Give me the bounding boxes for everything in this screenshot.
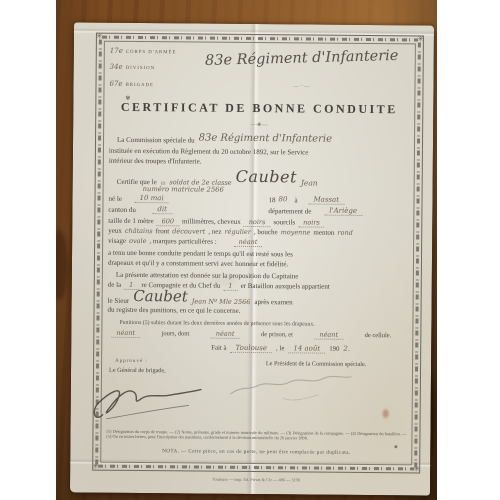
president-signature xyxy=(223,368,373,413)
printer-imprint-text: Toulouse — Imp. Éd. Privat & Cie — 486 —… xyxy=(212,477,300,483)
born-date-handwritten: 10 mai xyxy=(134,194,168,203)
city-handwritten: Toulouse xyxy=(230,344,272,353)
divider-ornament: —·❋·— xyxy=(250,122,268,128)
punitions-days-handwritten: néant xyxy=(111,329,140,338)
nose-handwritten: régulier xyxy=(224,228,250,236)
department-label: département de xyxy=(268,207,311,215)
date-handwritten: 14 août xyxy=(288,344,325,353)
corps-number-handwritten: 17e xyxy=(110,47,123,55)
division-label: DIVISION xyxy=(126,66,155,71)
surname-signature: Caubet xyxy=(236,167,297,187)
marks-handwritten: néant xyxy=(234,238,263,247)
sieur-label: le Sieur xyxy=(108,297,130,305)
height-label: taille de 1 mètre xyxy=(108,217,153,225)
born-year-handwritten: 80 xyxy=(278,195,287,203)
nose-label: , nez xyxy=(208,228,221,236)
born-label: né le xyxy=(108,195,121,203)
president-label: Le Président de la Commission spéciale. xyxy=(266,360,366,368)
the-label: , le xyxy=(276,345,284,352)
department-handwritten: l'Ariège xyxy=(324,207,362,216)
attestation-line-4: du registre des punitions, en ce qui le … xyxy=(108,306,241,315)
punitions-days-label: jours, dont xyxy=(162,330,190,337)
corps-label: CORPS D'ARMÉE xyxy=(126,50,177,55)
main-title-text: CERTIFICAT DE BONNE CONDUITE xyxy=(121,100,398,117)
name-matricule-handwritten: Jean Nº Mle 2566 xyxy=(192,297,251,306)
attestation-line-3: le Sieur Caubet Jean Nº Mle 2566 après e… xyxy=(108,289,293,307)
company-pre-label: de la xyxy=(108,281,121,289)
mouth-label: , bouche xyxy=(254,228,278,236)
certificate-document: ✳ ✳ ✳ ✳ 17e CORPS D'ARMÉE 34e DIVISION 6… xyxy=(70,22,434,495)
brigade-line: 67e BRIGADE xyxy=(109,80,153,88)
main-title: CERTIFICAT DE BONNE CONDUITE xyxy=(95,100,423,118)
general-label: Le Général de brigade, xyxy=(109,367,166,374)
face-label: visage xyxy=(108,237,126,245)
eyes-handwritten: châtains xyxy=(125,227,153,235)
punitions-cell-label: de cellule. xyxy=(365,332,392,339)
canton-handwritten: dit xyxy=(152,205,172,214)
date-line: Fait à Toulouse , le 14 août 190 2. xyxy=(211,344,350,354)
wood-grain-knot xyxy=(56,230,68,300)
born-place-handwritten: Massat xyxy=(308,195,344,204)
intro-line-3: intérieur des troupes d'Infanterie. xyxy=(109,157,202,166)
height-handwritten: 600 xyxy=(157,217,179,226)
forehead-label: front xyxy=(156,227,170,235)
conduct-line-2: drapeaux et qu'il y a constamment servi … xyxy=(108,259,288,269)
punitions-prison-handwritten: néant xyxy=(211,330,240,339)
attestation-line-1-text: La présente attestation est donnée sur l… xyxy=(116,271,299,281)
footnotes-text: (1) Désignation du corps de troupe. — (2… xyxy=(106,429,406,441)
chin-handwritten: rond xyxy=(337,229,352,237)
eyebrows-label: sourcils xyxy=(273,218,295,226)
marks-label: , marques particulières : xyxy=(149,237,216,246)
made-at-label: Fait à xyxy=(211,345,226,352)
description-line-1: taille de 1 mètre 600 millimètres, cheve… xyxy=(108,217,325,228)
corner-rosette-icon: ✳ xyxy=(92,463,99,471)
divider-ornament: — ·· — xyxy=(294,84,310,89)
hair-handwritten: noirs xyxy=(244,218,271,227)
intro-line-1: La Commission spéciale du 83e Régiment d… xyxy=(117,134,332,147)
brigade-number-handwritten: 67e xyxy=(109,80,122,88)
eyebrows-handwritten: noirs xyxy=(298,218,325,227)
intro-pre: La Commission spéciale du xyxy=(117,136,195,145)
corner-rosette-icon: ✳ xyxy=(417,35,424,43)
division-number-handwritten: 34e xyxy=(110,63,123,71)
conduct-line-2-text: drapeaux et qu'il y a constamment servi … xyxy=(108,259,288,269)
attestation-line-4-text: du registre des punitions, en ce qui le … xyxy=(108,306,241,315)
army-corps-line: 17e CORPS D'ARMÉE xyxy=(110,47,177,56)
year-handwritten: 2. xyxy=(343,345,350,353)
born-at-label: à xyxy=(294,196,297,204)
intro-regiment-handwritten: 83e Régiment d'Infanterie xyxy=(199,133,332,145)
matricule-handwritten: numéro matricule 2566 xyxy=(143,185,224,194)
punitions-prison-label: de prison, et xyxy=(261,331,293,338)
conduct-line-1: a tenu une bonne conduite pendant le tem… xyxy=(108,249,293,259)
attestation-line-1: La présente attestation est donnée sur l… xyxy=(116,271,299,281)
surname-signature-2: Caubet xyxy=(133,287,188,305)
division-line: 34e DIVISION xyxy=(110,63,155,71)
after-exam-label: après examen xyxy=(254,298,292,306)
height-unit-label: millimètres, cheveux xyxy=(182,217,241,226)
conduct-line-1-text: a tenu une bonne conduite pendant le tem… xyxy=(108,249,293,259)
printer-imprint-line: Toulouse — Imp. Éd. Privat & Cie — 486 —… xyxy=(92,476,420,484)
corner-rosette-icon: ✳ xyxy=(413,465,420,473)
firstname-handwritten: Jean xyxy=(301,178,318,187)
brigade-label: BRIGADE xyxy=(126,83,154,88)
born-century: 18 xyxy=(268,196,275,204)
photograph-background: ✳ ✳ ✳ ✳ 17e CORPS D'ARMÉE 34e DIVISION 6… xyxy=(56,0,437,500)
year-printed: 190 xyxy=(329,346,339,353)
approve-label-line: Approuvé : xyxy=(115,359,148,364)
chin-label: menton xyxy=(313,229,334,237)
description-line-3: visage ovale , marques particulières : n… xyxy=(108,237,262,247)
matricule-line: numéro matricule 2566 xyxy=(143,185,224,194)
canton-label: canton du xyxy=(108,206,135,214)
general-label-line: Le Général de brigade, xyxy=(109,367,166,374)
face-handwritten: ovale xyxy=(129,237,146,245)
corner-rosette-icon: ✳ xyxy=(96,33,103,41)
mouth-handwritten: moyenne xyxy=(281,228,311,236)
punitions-cell-handwritten: néant xyxy=(314,331,343,340)
intro-line-2-text: instituée en exécution du Règlement du 2… xyxy=(109,147,309,157)
general-signature xyxy=(88,375,228,432)
intro-line-3-text: intérieur des troupes d'Infanterie. xyxy=(109,157,202,166)
approve-label: Approuvé : xyxy=(115,359,148,364)
intro-line-2: instituée en exécution du Règlement du 2… xyxy=(109,147,309,157)
forehead-handwritten: découvert xyxy=(172,227,205,235)
eyes-label: yeux xyxy=(108,227,122,235)
